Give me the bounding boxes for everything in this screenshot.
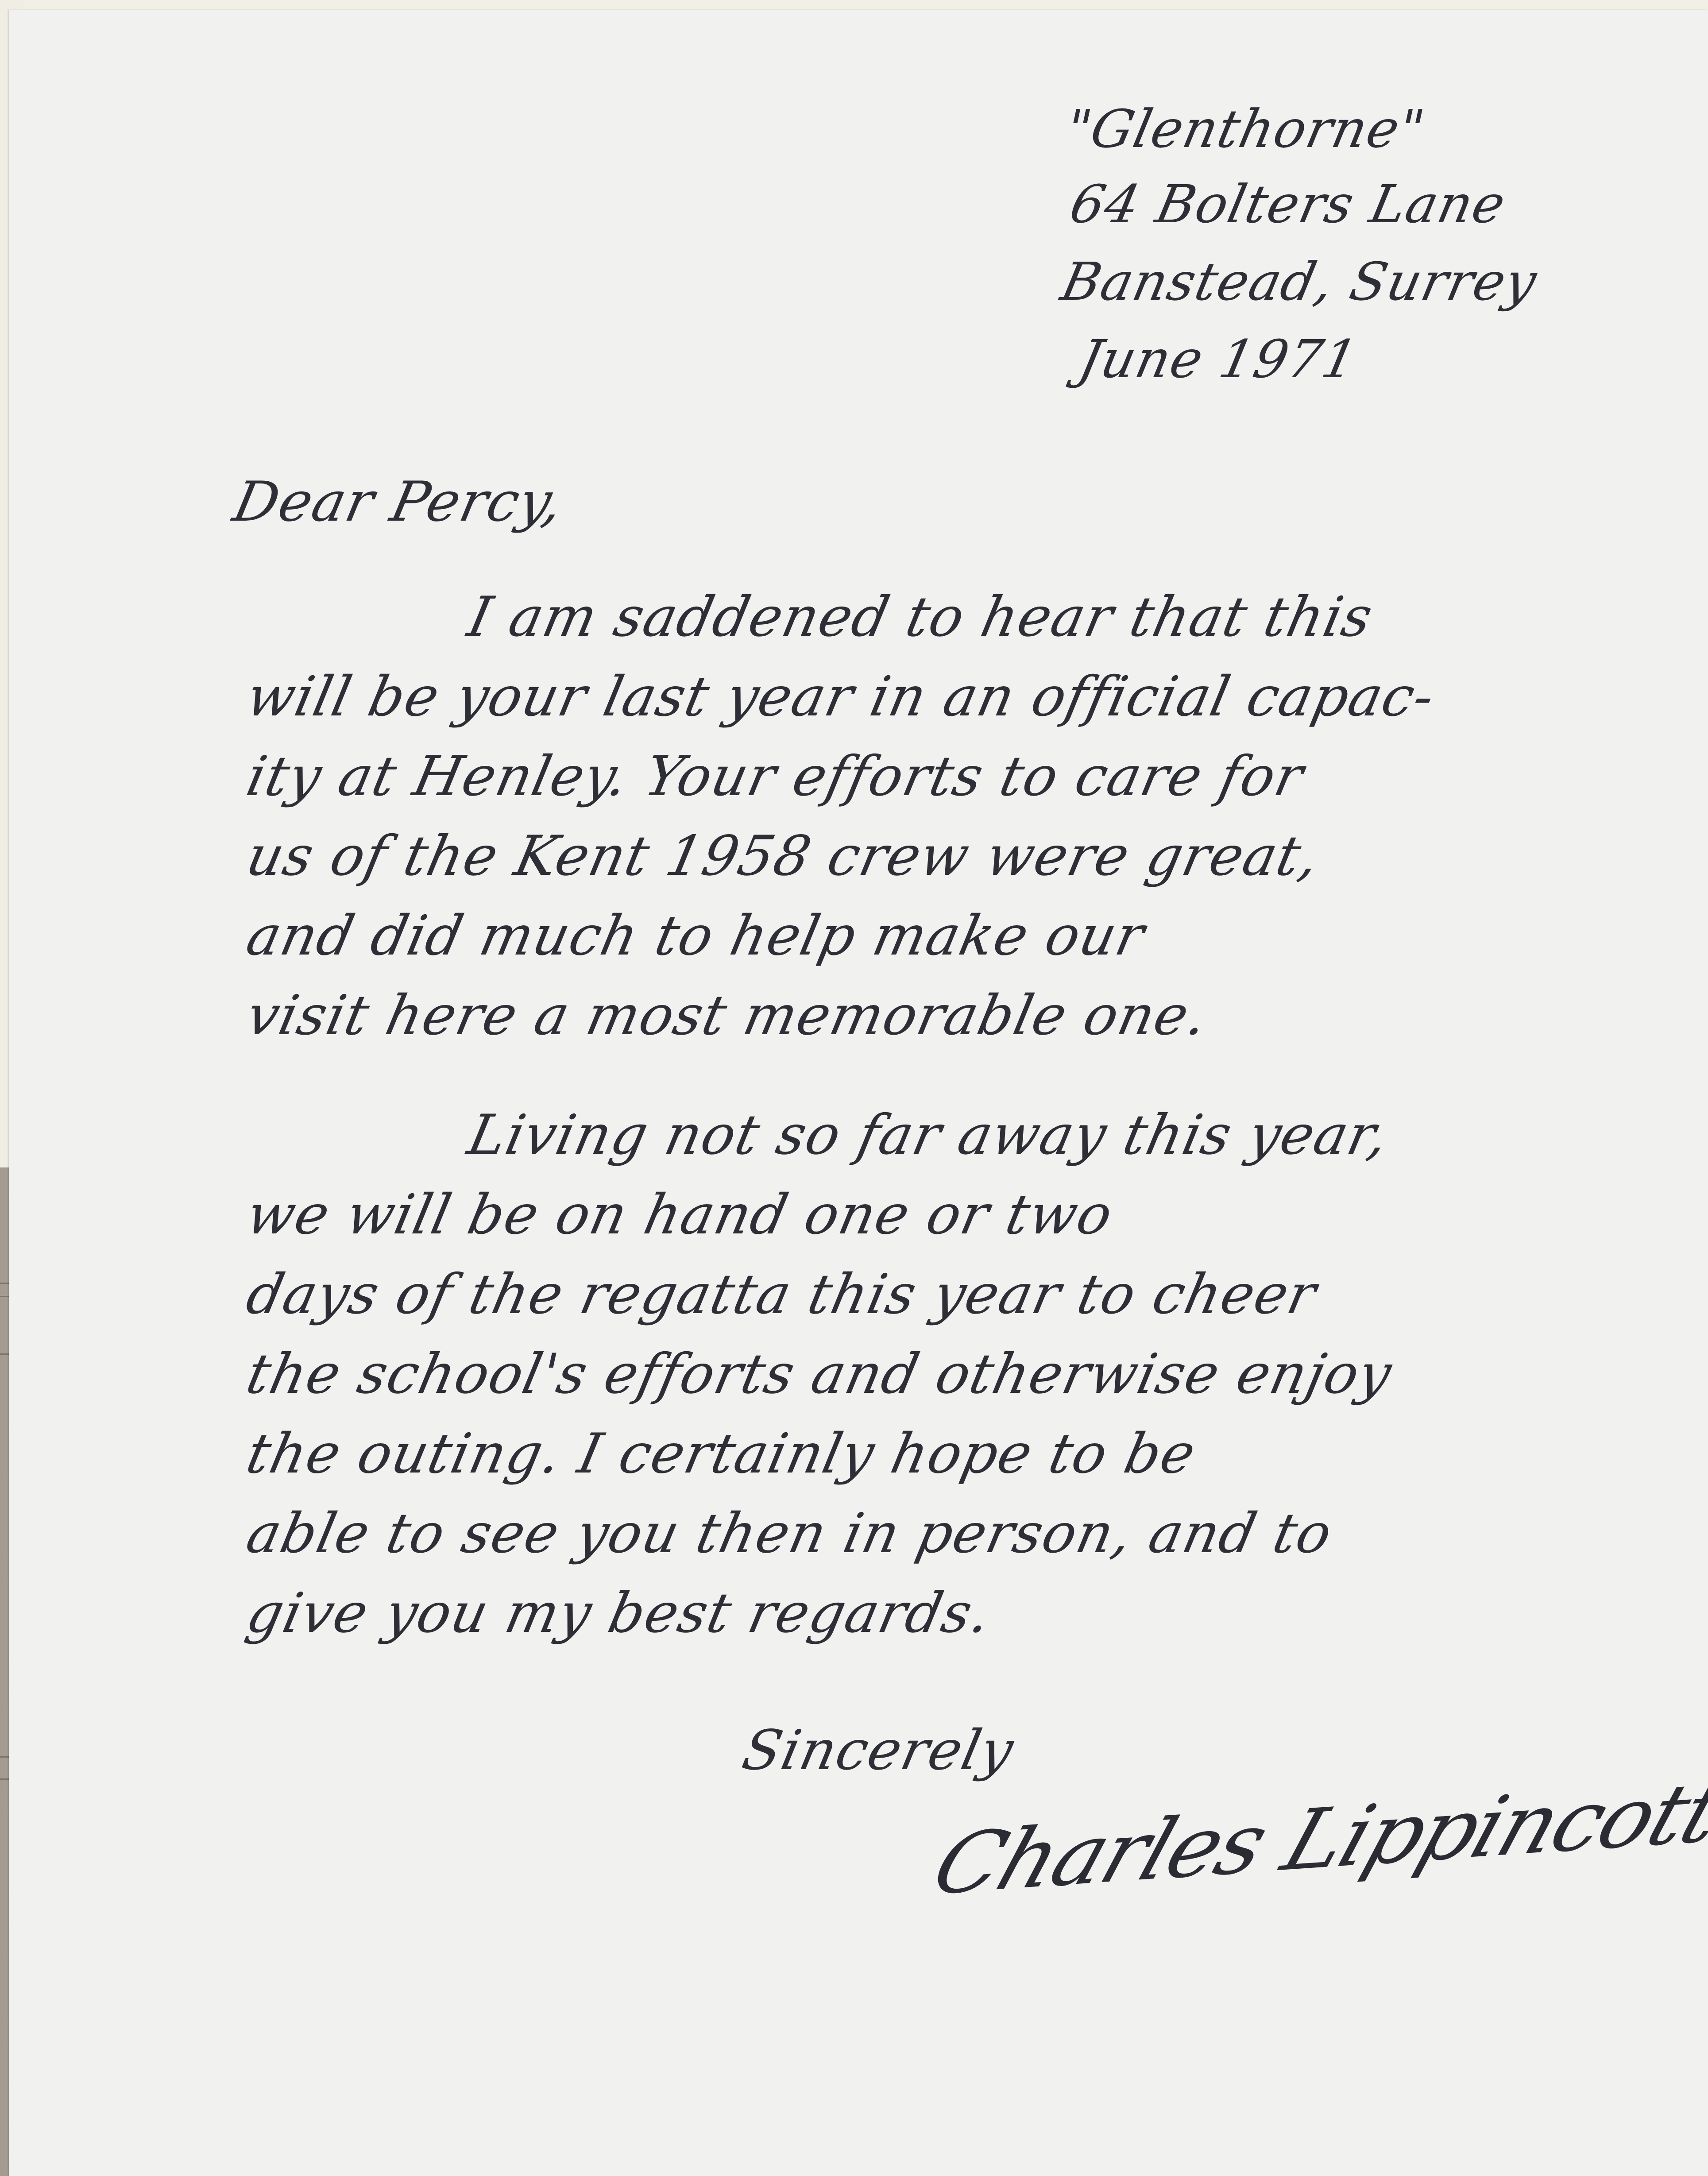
body-line: we will be on hand one or two bbox=[241, 1183, 1119, 1247]
greeting: Dear Percy, bbox=[228, 470, 569, 534]
body-line: days of the regatta this year to cheer bbox=[241, 1263, 1322, 1326]
address-street: 64 Bolters Lane bbox=[1065, 174, 1511, 235]
body-line: Living not so far away this year, bbox=[463, 1103, 1395, 1167]
address-house-name: "Glenthorne" bbox=[1060, 98, 1430, 159]
body-line: and did much to help make our bbox=[241, 904, 1151, 968]
body-line: I am saddened to hear that this bbox=[463, 585, 1379, 649]
closing: Sincerely bbox=[737, 1719, 1020, 1782]
letter-date: June 1971 bbox=[1074, 329, 1363, 390]
body-line: the outing. I certainly hope to be bbox=[241, 1422, 1202, 1486]
body-line: able to see you then in person, and to bbox=[241, 1502, 1338, 1565]
body-line: visit here a most memorable one. bbox=[241, 984, 1213, 1047]
signature: Charles Lippincott bbox=[921, 1763, 1708, 1913]
body-line: give you my best regards. bbox=[241, 1581, 997, 1645]
body-line: ity at Henley. Your efforts to care for bbox=[241, 745, 1310, 808]
body-line: the school's efforts and otherwise enjoy bbox=[241, 1342, 1398, 1406]
body-line: will be your last year in an official ca… bbox=[241, 665, 1441, 729]
address-town: Banstead, Surrey bbox=[1056, 251, 1542, 312]
letter-sheet: "Glenthorne" 64 Bolters Lane Banstead, S… bbox=[9, 10, 1708, 2176]
body-line: us of the Kent 1958 crew were great, bbox=[241, 824, 1325, 888]
